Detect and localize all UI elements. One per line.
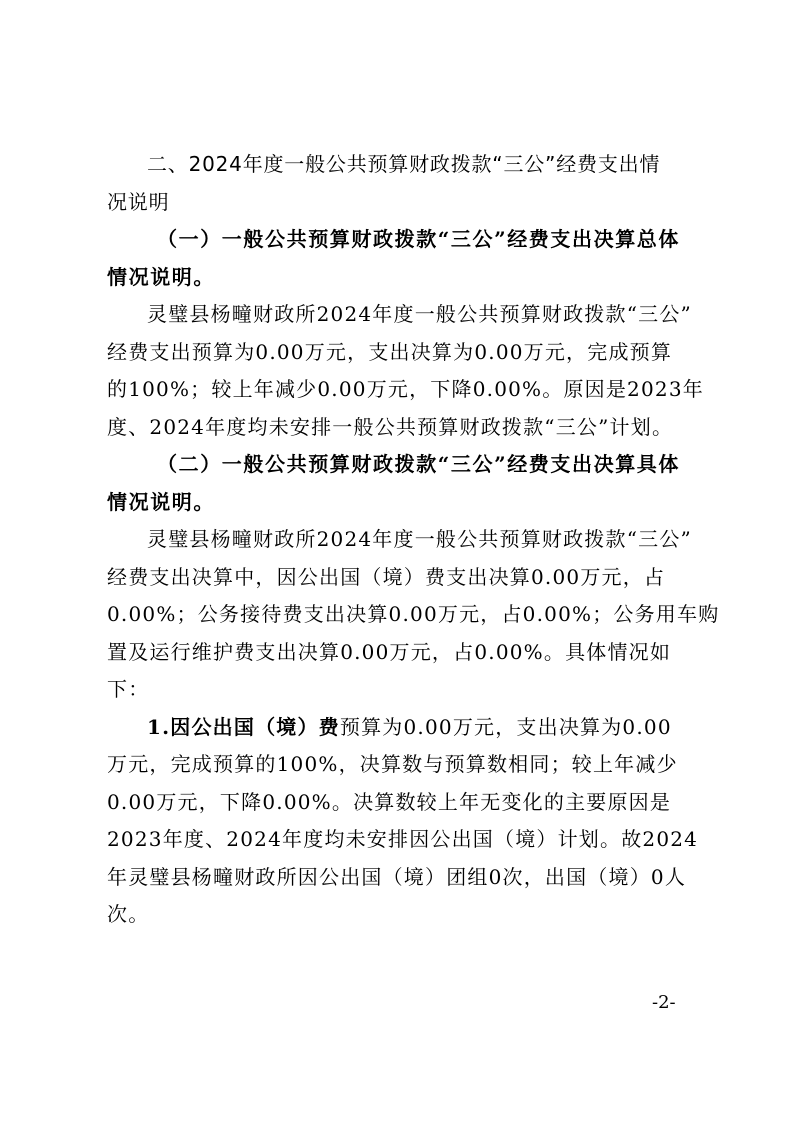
subsection1-paragraph-line: 经费支出预算为0.00万元，支出决算为0.00万元，完成预算	[107, 334, 691, 372]
subsection2-paragraph-line: 0.00%；公务接待费支出决算0.00万元，占0.00%；公务用车购	[107, 596, 691, 634]
subsection1-paragraph-line: 的100%；较上年减少0.00万元，下降0.00%。原因是2023年	[107, 371, 691, 409]
item1-paragraph-line: 万元，完成预算的100%，决算数与预算数相同；较上年减少	[107, 746, 691, 784]
subsection1-paragraph-line: 灵璧县杨疃财政所2024年度一般公共预算财政拨款“三公”	[107, 296, 691, 334]
subsection1-paragraph-line: 度、2024年度均未安排一般公共预算财政拨款“三公”计划。	[107, 409, 691, 447]
subsection2-title-line2: 情况说明。	[107, 484, 691, 522]
item1-paragraph-line: 年灵璧县杨疃财政所因公出国（境）团组0次，出国（境）0人	[107, 859, 691, 897]
page-number: -2-	[652, 992, 676, 1013]
subsection1-title-line1: （一）一般公共预算财政拨款“三公”经费支出决算总体	[107, 221, 691, 259]
subsection2-title-line1: （二）一般公共预算财政拨款“三公”经费支出决算具体	[107, 446, 691, 484]
subsection1-title-line2: 情况说明。	[107, 259, 691, 297]
subsection2-paragraph-line: 下：	[107, 671, 691, 709]
subsection2-paragraph-line: 经费支出决算中，因公出国（境）费支出决算0.00万元，占	[107, 559, 691, 597]
subsection2-paragraph-line: 灵璧县杨疃财政所2024年度一般公共预算财政拨款“三公”	[107, 521, 691, 559]
document-page: 二、2024年度一般公共预算财政拨款“三公”经费支出情 况说明 （一）一般公共预…	[107, 146, 691, 934]
section-heading-line2: 况说明	[107, 184, 691, 222]
subsection2-paragraph-line: 置及运行维护费支出决算0.00万元，占0.00%。具体情况如	[107, 634, 691, 672]
item1-paragraph-line: 0.00万元，下降0.00%。决算数较上年无变化的主要原因是	[107, 784, 691, 822]
item1-label: 1.因公出国（境）费	[147, 715, 340, 739]
item1-first-line-rest: 预算为0.00万元，支出决算为0.00	[340, 715, 672, 739]
item1-first-line: 1.因公出国（境）费预算为0.00万元，支出决算为0.00	[107, 709, 691, 747]
section-heading-line1: 二、2024年度一般公共预算财政拨款“三公”经费支出情	[107, 146, 691, 184]
item1-paragraph-line: 2023年度、2024年度均未安排因公出国（境）计划。故2024	[107, 821, 691, 859]
item1-paragraph-line: 次。	[107, 896, 691, 934]
